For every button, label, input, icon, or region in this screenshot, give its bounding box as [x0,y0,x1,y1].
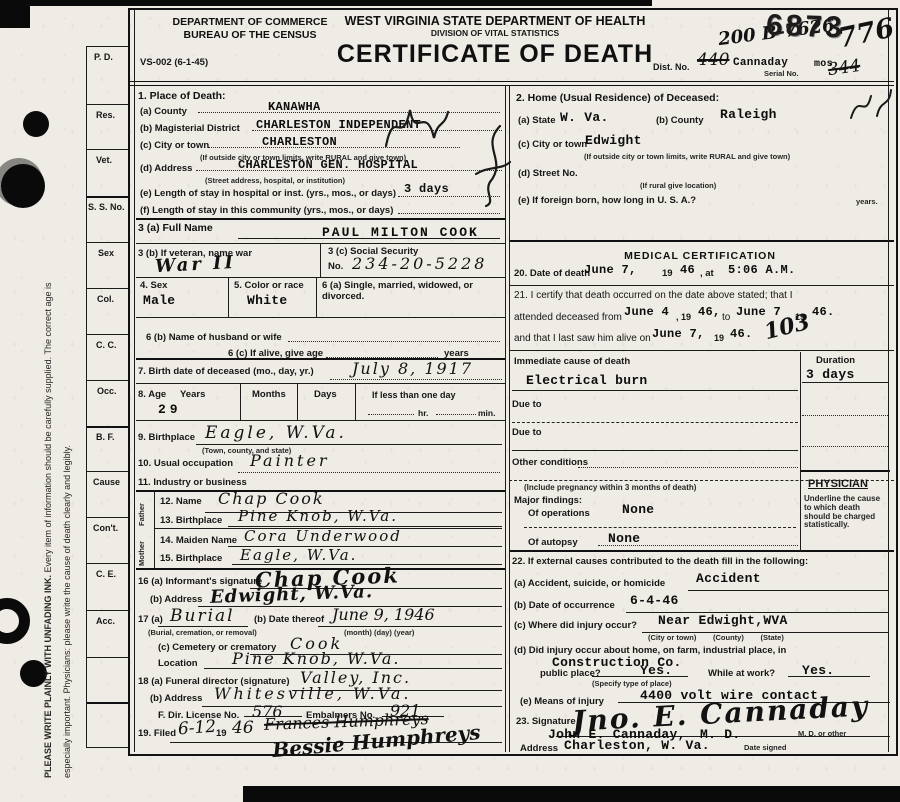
age-hr-label: hr. [418,409,428,419]
race-value: White [247,294,288,308]
rule-line [86,46,128,47]
city-value: CHARLESTON [262,136,337,149]
rule-line [86,196,128,198]
rule-line [86,657,128,658]
medical-certification-title: MEDICAL CERTIFICATION [555,250,845,263]
stamp-number: 6873 [765,9,845,46]
spouse-age-label: 6 (c) If alive, give age [228,349,323,360]
header-state-title: WEST VIRGINIA STATE DEPARTMENT OF HEALTH [325,14,665,29]
rule-line [240,383,241,420]
punch-hole [0,598,30,644]
burial-item-label: 17 (a) [138,615,163,626]
while-at-work-label: While at work? [708,669,775,680]
city-label: (c) City or town [140,141,209,152]
serial-number-label: Serial No. [764,70,799,78]
county-label: (a) County [140,107,187,118]
major-findings-label: Major findings: [514,496,582,507]
injury-where-value: Near Edwight,WVA [658,614,788,628]
date-of-death-label: 20. Date of death [514,269,590,280]
physician-address-value: Charleston, W. Va. [564,739,710,753]
spouse-label: 6 (b) Name of husband or wife [146,333,282,344]
operations-label: Of operations [528,509,590,520]
alive-sep3: 19 [714,333,724,343]
margin-label-bf: B. F. [96,432,115,442]
rule-line [86,334,128,335]
rule-line [800,470,890,472]
autopsy-label: Of autopsy [528,538,578,549]
rule-line [320,243,321,277]
home-title: 2. Home (Usual Residence) of Deceased: [516,92,719,105]
home-state-label: (a) State [518,116,555,127]
race-label: 5. Color or race [234,281,304,292]
dod-year-prefix: 19 [662,269,673,280]
rule-line [802,415,888,416]
rule-line [86,46,87,747]
rule-line [509,285,894,286]
district-label: (b) Magisterial District [140,124,240,135]
father-birthplace-value: Pine Knob, W.Va. [238,509,398,524]
funeral-address-value: Whitesville, W.Va. [214,686,411,702]
rule-line [288,341,500,342]
public-place-value: Yes. [640,664,672,678]
industry-label: 11. Industry or business [138,478,247,489]
rule-line [802,446,888,447]
rule-line [136,218,505,220]
rule-line [136,420,505,421]
attended-sep1: , 19 [676,312,691,322]
rule-line [800,470,801,552]
home-city-value: Edwight [585,134,642,148]
rule-line [297,383,298,420]
rule-line [512,422,798,423]
full-name-value: PAUL MILTON COOK [322,226,479,240]
rule-line [316,277,317,317]
home-county-label: (b) County [656,116,704,127]
rule-line [509,550,894,552]
date-of-death-value: June 7, [584,264,637,277]
rule-line [86,702,128,704]
rule-line [578,467,798,468]
rule-line [512,450,798,451]
rule-line [86,610,128,611]
rule-line [196,444,502,445]
dod-at-label: , at [700,269,714,280]
foreign-born-label: (e) If foreign born, how long in U. S. A… [518,196,696,207]
home-city-label: (c) City or town [518,140,587,151]
birthdate-label: 7. Birth date of deceased (mo., day, yr.… [138,367,314,378]
street-label: (d) Street No. [518,169,578,180]
father-name-label: 12. Name [160,497,202,508]
full-name-label: 3 (a) Full Name [138,222,213,235]
rule-line [130,81,894,86]
punch-hole [1,164,45,208]
rule-line [398,213,500,214]
immediate-cause-value: Electrical burn [526,374,648,388]
age-days-label: Days [314,390,337,401]
rule-line [86,563,128,564]
rule-line [368,414,414,415]
age-months-label: Months [252,390,286,401]
header-form-number: VS-002 (6-1-45) [140,58,208,69]
handwritten-mark [382,98,452,153]
rule-line [86,149,128,150]
birthplace-label: 9. Birthplace [138,433,195,444]
sex-value: Male [143,294,175,308]
header-dept-line1: DEPARTMENT OF COMMERCE [150,16,350,29]
physician-address-label: Address [520,744,558,755]
funeral-address-label: (b) Address [150,694,202,705]
margin-label-pd: P. D. [94,52,113,62]
filed-date-value: 6-12 [177,719,216,739]
marital-label: 6 (a) Single, married, widowed, or divor… [322,281,502,303]
rule-line [326,357,438,358]
attended-from-value: June 4 [624,306,669,319]
filed-year-value: 46 [232,720,254,737]
hospital-stay-label: (e) Length of stay in hospital or inst. … [140,189,396,200]
ssn-no-label: No. [328,262,343,273]
occurrence-date-value: 6-4-46 [630,594,679,608]
injury-where-label: (c) Where did injury occur? [514,621,637,632]
veteran-value: War II [155,254,237,276]
accident-kind-label: (a) Accident, suicide, or homicide [514,579,665,590]
certify-line1: 21. I certify that death occurred on the… [514,290,793,302]
age-years-value: 29 [158,403,182,417]
margin-label-cont: Con't. [93,523,118,533]
margin-instructions-line2: especially important. Physicians: please… [63,88,73,778]
rule-line [238,472,500,473]
burial-type-caption: (Burial, cremation, or removal) [148,629,257,637]
while-at-work-value: Yes. [802,664,834,678]
age-lessday-label: If less than one day [372,390,456,400]
district-number-value: 440 [697,52,729,69]
physician-box-note: Underline the cause to which death shoul… [804,495,886,530]
home-city-caption: (If outside city or town limits, write R… [584,153,790,161]
duration-value: 3 days [806,368,855,382]
header-dept-line2: BUREAU OF THE CENSUS [150,29,350,42]
mother-birthplace-value: Eagle, W.Va. [240,548,357,563]
death-certificate-scan: PLEASE WRITE PLAINLY WITH UNFADING INK. … [0,0,900,802]
hospital-stay-value: 3 days [404,183,449,196]
rule-line [512,390,798,391]
attended-from-year: 46, [698,306,721,319]
mother-name-value: Cora Underwood [244,529,402,544]
scan-edge-top [0,0,652,6]
mother-side-label: Mother [138,530,146,566]
birthplace-value: Eagle, W.Va. [205,425,347,442]
occurrence-date-label: (b) Date of occurrence [514,601,615,612]
rule-line [86,380,128,381]
registrar-name-note: Cannaday [733,57,788,69]
rule-line [228,277,229,317]
ssn-value: 234-20-5228 [352,256,487,272]
rule-line [202,706,502,707]
due-to-label-2: Due to [512,428,542,439]
handwritten-mark [470,122,515,210]
document-title: CERTIFICATE OF DEATH [325,39,665,69]
rule-line [355,383,356,420]
pregnancy-caption: (Include pregnancy within 3 months of de… [524,484,696,493]
due-to-label-1: Due to [512,400,542,411]
occupation-label: 10. Usual occupation [138,459,233,470]
duration-header: Duration [816,356,855,367]
district-number-label: Dist. No. [653,62,690,72]
last-alive-value: June 7, [652,328,705,341]
margin-label-cc: C. C. [96,340,117,350]
margin-instruction-bold: PLEASE WRITE PLAINLY WITH UNFADING INK. [43,575,53,778]
burial-date-label: (b) Date thereof [254,615,324,626]
home-state-value: W. Va. [560,111,609,125]
rule-line [86,242,128,243]
rule-line [318,626,502,627]
age-min-label: min. [478,409,495,419]
margin-label-col: Col. [97,294,114,304]
accident-kind-value: Accident [696,572,761,586]
rule-line [86,104,128,105]
scan-edge-bottom [243,786,900,802]
handwritten-mark [845,84,895,126]
rule-line [134,10,135,752]
margin-label-vet: Vet. [96,155,112,165]
burial-type-value: Burial [170,608,235,625]
margin-label-acc: Acc. [96,616,115,626]
immediate-cause-label: Immediate cause of death [514,357,630,368]
margin-label-cause: Cause [93,477,120,487]
dod-year-value: 46 [680,264,695,277]
rule-line [509,350,894,351]
header-division: DIVISION OF VITAL STATISTICS [325,29,665,39]
external-causes-title: 22. If external causes contributed to th… [512,557,808,568]
burial-date-caption: (month) (day) (year) [344,629,414,637]
rule-line [86,747,128,748]
address-caption: (Street address, hospital, or institutio… [205,177,345,185]
informant-address-label: (b) Address [150,595,202,606]
rule-line [800,352,801,470]
mother-name-label: 14. Maiden Name [160,536,237,547]
injury-where-caption: (City or town) (County) (State) [648,634,784,642]
attended-from-label: attended deceased from [514,312,622,324]
rule-line [158,626,248,627]
filed-label: 19. Filed [138,729,176,740]
address-value: CHARLESTON GEN. HOSPITAL [238,159,418,172]
attended-to-year: 46. [812,306,835,319]
cemetery-location-label: Location [158,659,198,670]
rule-line [330,379,502,380]
address-label: (d) Address [140,164,192,175]
father-birthplace-label: 13. Birthplace [160,516,222,527]
md-or-other-label: M. D. or other [798,730,846,738]
rule-line [86,426,128,428]
rule-line [509,240,894,242]
rule-line [136,317,505,318]
county-value: KANAWHA [268,101,321,114]
autopsy-value: None [608,532,640,546]
margin-label-res: Res. [96,110,115,120]
rule-line [436,414,476,415]
place-of-death-title: 1. Place of Death: [138,90,226,103]
attended-to-label: to [722,312,730,324]
last-alive-label: and that I last saw him alive on [514,333,651,345]
date-signed-label: Date signed [744,744,787,752]
rule-line [86,471,128,472]
place-type-caption: (Specify type of place) [592,680,672,688]
rule-line [688,590,888,591]
home-county-value: Raleigh [720,108,777,122]
occupation-value: Painter [250,453,330,469]
margin-instructions-line1: PLEASE WRITE PLAINLY WITH UNFADING INK. … [44,88,54,778]
community-stay-label: (f) Length of stay in this community (yr… [140,206,393,217]
other-conditions-label: Other conditions [512,458,588,469]
father-side-label: Father [138,492,146,526]
margin-label-occ: Occ. [97,386,117,396]
operations-value: None [622,503,654,517]
father-name-value: Chap Cook [218,491,325,507]
margin-instruction-rest: Every item of information should be care… [43,283,53,575]
birthdate-value: July 8, 1917 [352,361,473,377]
street-caption: (If rural give location) [640,182,716,190]
filed-year-prefix: 19 [216,729,227,740]
mother-birthplace-label: 15. Birthplace [160,554,222,565]
dod-time-value: 5:06 A.M. [728,264,796,277]
margin-label-ce: C. E. [96,569,116,579]
scan-edge-corner [0,0,30,28]
physician-box-title: PHYSICIAN [808,478,868,491]
age-label: 8. Age [138,390,166,401]
rule-line [86,288,128,289]
rule-line [198,112,500,113]
rule-line [86,517,128,518]
sex-label: 4. Sex [140,281,167,292]
cemetery-location-value: Pine Knob, W.Va. [232,651,401,667]
last-alive-year: 46. [730,328,753,341]
rule-line [170,742,254,743]
age-years-label: Years [180,390,205,401]
margin-label-ssno: S. S. No. [88,202,125,212]
serial-number-value: 344 [827,58,862,79]
margin-label-sex: Sex [98,248,114,258]
rule-line [524,527,796,528]
rule-line [154,490,155,568]
rule-line [136,277,505,278]
rule-line [136,383,505,384]
burial-date-value: June 9, 1946 [332,607,435,623]
foreign-born-suffix: years. [856,198,878,206]
